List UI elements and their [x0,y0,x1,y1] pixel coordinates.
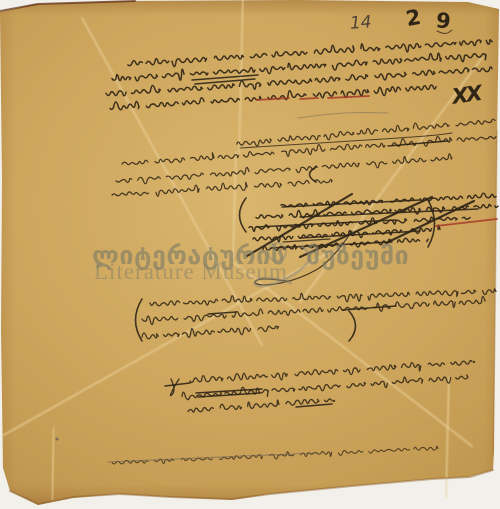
ink-dot [473,361,475,363]
ink-corner-mark-2: 9 [435,8,452,34]
page-number-pencil: 14 [349,12,372,33]
paper-edge-shading [10,470,493,504]
ink-flourish [170,379,179,396]
pencil-stroke [108,453,315,462]
handwritten-line-paragraph-2 [112,180,332,197]
handwritten-line-paragraph-2 [116,154,452,184]
handwritten-line-paragraph-1 [112,53,486,81]
strikethrough-stroke [282,200,420,207]
handwritten-line-paragraph-1 [106,67,492,96]
paper-crease-line [52,428,54,500]
parenthesis-mark [310,167,317,182]
watermark-latin: Literature Museum [94,259,288,285]
parenthesis-mark [240,198,247,232]
paper-crease-line [233,262,472,446]
parenthesis-mark [136,299,143,341]
double-x-mark: XX [450,81,481,109]
red-underline [257,98,289,100]
strikethrough-stroke [208,312,236,314]
watermark-georgian-right: მუზეუმი [306,241,409,270]
ink-dot [56,438,59,441]
handwritten-line-paragraph-2 [237,119,495,146]
paper-edge-shading [0,1,135,11]
ink-dot [333,400,335,402]
handwritten-line-paragraph-4-parenthetical [142,296,485,324]
scanned-manuscript: ლიტერატურის მუზეუმი Literature Museum 14… [0,0,500,509]
parenthesis-mark [349,311,356,341]
ink-flourish [298,112,388,118]
handwritten-line-paragraph-1 [128,40,492,67]
red-underline [328,96,369,98]
red-underline [300,98,318,99]
strikethrough-stroke [165,383,190,386]
